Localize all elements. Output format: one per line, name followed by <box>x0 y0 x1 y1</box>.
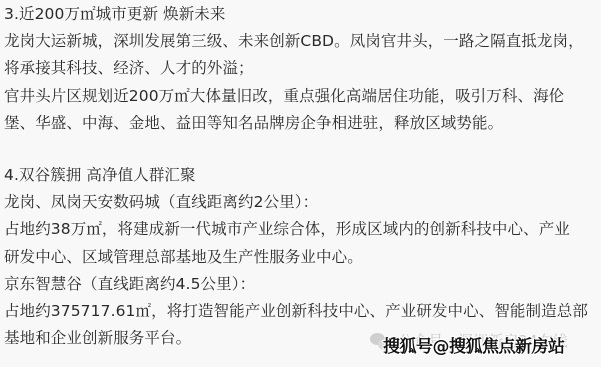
paragraph-spacer <box>4 137 593 162</box>
section-4-heading: 4.双谷簇拥 高净值人群汇聚 <box>4 162 593 189</box>
paragraph-line: 堡、华盛、中海、金地、益田等知名品牌房企争相进驻，释放区域势能。 <box>4 110 593 137</box>
watermark-overlay-text: 搜狐号@搜狐焦点新房站 <box>383 334 565 361</box>
paragraph-line: 将承接其科技、经济、人才的外溢； <box>4 55 593 82</box>
watermark: 公众号 · 深圳新房24在线 搜狐号@搜狐焦点新房站 <box>370 326 601 362</box>
section-3-heading: 3.近200万㎡城市更新 焕新未来 <box>4 1 593 28</box>
paragraph-line: 龙岗、凤岗天安数码城（直线距离约2公里）： <box>4 189 593 216</box>
paragraph-line: 龙岗大运新城，深圳发展第三级、未来创新CBD。凤岗官井头，一路之隔直抵龙岗， <box>4 28 593 55</box>
paragraph-line: 占地约38万㎡，将建成新一代城市产业综合体，形成区域内的创新科技中心、产业 <box>4 216 593 243</box>
paragraph-line: 京东智慧谷（直线距离约4.5公里）： <box>4 271 593 298</box>
paragraph-line: 占地约375717.61㎡，将打造智能产业创新科技中心、产业研发中心、智能制造总… <box>4 298 593 325</box>
article-body: 3.近200万㎡城市更新 焕新未来 龙岗大运新城，深圳发展第三级、未来创新CBD… <box>0 0 601 367</box>
paragraph-line: 官井头片区规划近200万㎡大体量旧改，重点强化高端居住功能，吸引万科、海伦 <box>4 83 593 110</box>
paragraph-line: 研发中心、区域管理总部基地及生产性服务业中心。 <box>4 244 593 271</box>
